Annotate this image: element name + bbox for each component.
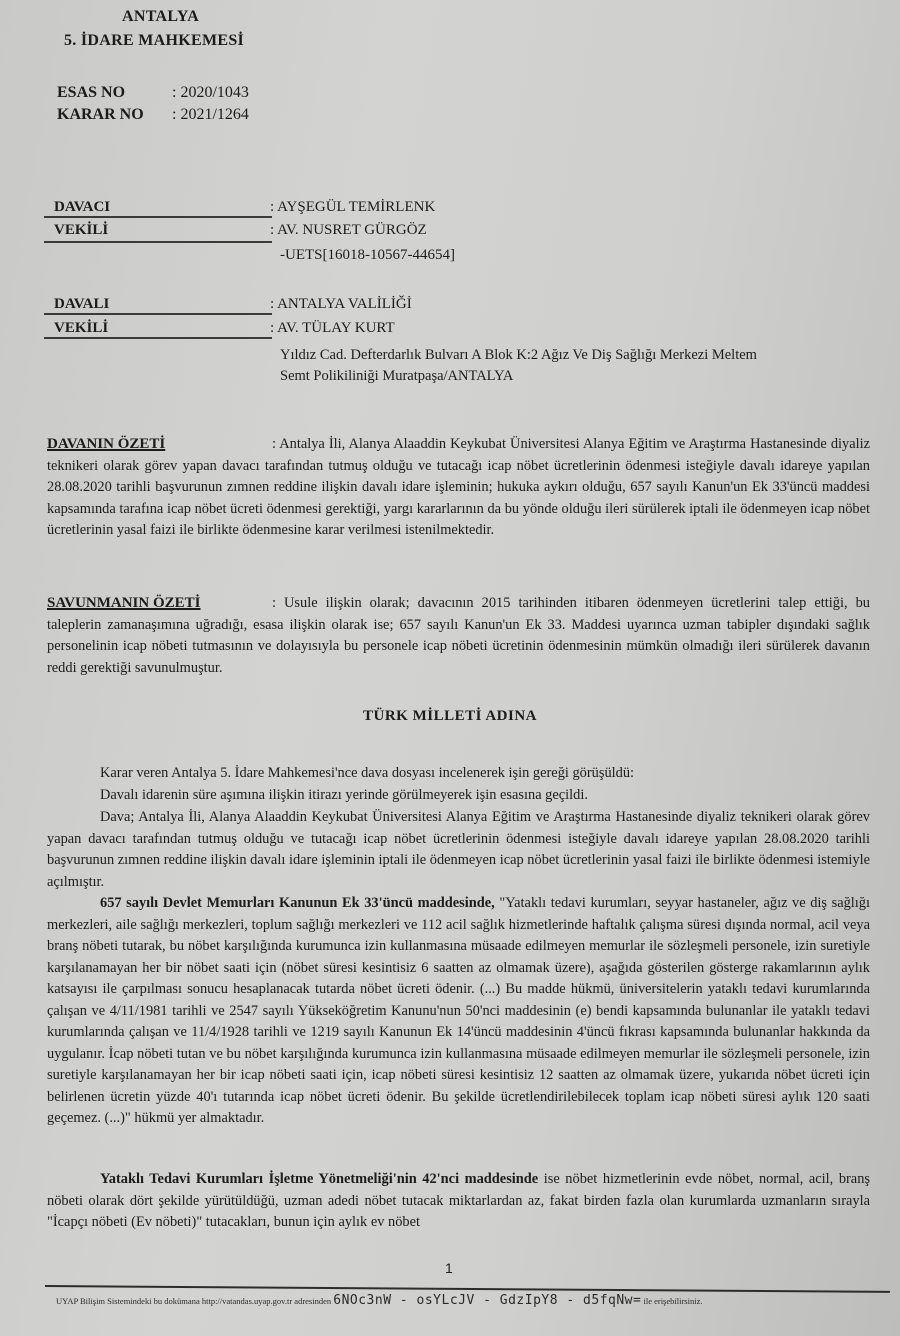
page-number: 1 bbox=[445, 1260, 453, 1276]
body-paragraph-5: Yataklı Tedavi Kurumları İşletme Yönetme… bbox=[47, 1169, 870, 1234]
plaintiff-name: : AYŞEGÜL TEMİRLENK bbox=[270, 199, 435, 216]
defendant-name: : ANTALYA VALİLİĞİ bbox=[270, 296, 412, 313]
plaintiff-label: DAVACI bbox=[54, 199, 110, 216]
defendant-label: DAVALI bbox=[54, 296, 109, 313]
esas-no-label: ESAS NO bbox=[57, 84, 125, 102]
plaintiff-counsel-label: VEKİLİ bbox=[54, 222, 108, 239]
court-city: ANTALYA bbox=[122, 8, 199, 26]
court-document-page: ANTALYA 5. İDARE MAHKEMESİ ESAS NO : 202… bbox=[0, 0, 900, 1336]
body-paragraph-1: Karar veren Antalya 5. İdare Mahkemesi'n… bbox=[47, 763, 870, 785]
divider bbox=[44, 216, 272, 218]
plaintiff-counsel-uets: -UETS[16018-10567-44654] bbox=[280, 247, 455, 264]
law-quote: "Yataklı tedavi kurumları, seyyar hastan… bbox=[47, 895, 870, 1126]
summary-of-defense: SAVUNMANIN ÖZETİ: Usule ilişkin olarak; … bbox=[47, 593, 870, 679]
footer-divider bbox=[45, 1285, 890, 1293]
summary-of-claim: DAVANIN ÖZETİ: Antalya İli, Alanya Alaad… bbox=[47, 434, 870, 542]
divider bbox=[44, 241, 272, 243]
law-reference: 657 sayılı Devlet Memurları Kanunun Ek 3… bbox=[100, 895, 495, 911]
defendant-counsel-label: VEKİLİ bbox=[54, 320, 108, 337]
footer-text-before: UYAP Bilişim Sistemindeki bu dokümana ht… bbox=[56, 1296, 331, 1306]
defendant-counsel-address-1: Yıldız Cad. Defterdarlık Bulvarı A Blok … bbox=[280, 347, 757, 364]
body-paragraph-3: Dava; Antalya İli, Alanya Alaaddin Keyku… bbox=[47, 807, 870, 893]
court-name: 5. İDARE MAHKEMESİ bbox=[64, 32, 244, 50]
footer-text-after: ile erişebilirsiniz. bbox=[643, 1296, 702, 1306]
divider bbox=[44, 313, 272, 315]
regulation-reference: Yataklı Tedavi Kurumları İşletme Yönetme… bbox=[100, 1171, 538, 1187]
summary-of-defense-label: SAVUNMANIN ÖZETİ bbox=[47, 593, 272, 615]
verification-code: 6NOc3nW - osYLcJV - GdzIpY8 - d5fqNw= bbox=[333, 1293, 641, 1308]
plaintiff-counsel-name: : AV. NUSRET GÜRGÖZ bbox=[270, 222, 427, 239]
uyap-footer: UYAP Bilişim Sistemindeki bu dokümana ht… bbox=[56, 1293, 702, 1308]
divider bbox=[44, 337, 272, 339]
esas-no-value: : 2020/1043 bbox=[172, 84, 249, 102]
body-paragraph-2: Davalı idarenin süre aşımına ilişkin iti… bbox=[47, 785, 870, 807]
karar-no-value: : 2021/1264 bbox=[172, 106, 249, 124]
summary-of-claim-label: DAVANIN ÖZETİ bbox=[47, 434, 272, 456]
section-heading: TÜRK MİLLETİ ADINA bbox=[0, 708, 900, 725]
defendant-counsel-name: : AV. TÜLAY KURT bbox=[270, 320, 395, 337]
defendant-counsel-address-2: Semt Polikiliniği Muratpaşa/ANTALYA bbox=[280, 368, 513, 385]
body-paragraph-4: 657 sayılı Devlet Memurları Kanunun Ek 3… bbox=[47, 893, 870, 1130]
karar-no-label: KARAR NO bbox=[57, 106, 144, 124]
